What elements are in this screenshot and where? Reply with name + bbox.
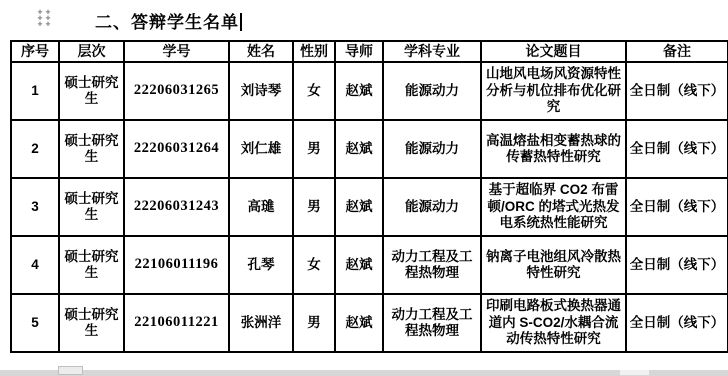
header-cell-major[interactable]: 学科专业 (383, 41, 481, 62)
cell-gender[interactable]: 男 (293, 178, 335, 236)
header-cell-index[interactable]: 序号 (11, 41, 59, 62)
cell-advisor[interactable]: 赵斌 (335, 236, 383, 294)
cell-major[interactable]: 能源动力 (383, 62, 481, 120)
cell-index[interactable]: 2 (11, 120, 59, 178)
cell-thesis-title[interactable]: 高温熔盐相变蓄热球的传蓄热特性研究 (481, 120, 626, 178)
cell-remark[interactable]: 全日制（线下） (626, 236, 728, 294)
table-row: 4 硕士研究生 22106011196 孔琴 女 赵斌 动力工程及工程热物理 钠… (11, 236, 728, 294)
drag-dot: ✚ (36, 22, 44, 28)
cell-name[interactable]: 孔琴 (229, 236, 293, 294)
cell-remark[interactable]: 全日制（线下） (626, 178, 728, 236)
cell-remark[interactable]: 全日制（线下） (626, 294, 728, 352)
cell-advisor[interactable]: 赵斌 (335, 120, 383, 178)
section-title-text: 二、答辩学生名单 (95, 13, 239, 32)
cell-level[interactable]: 硕士研究生 (59, 294, 124, 352)
header-cell-name[interactable]: 姓名 (229, 41, 293, 62)
cell-student-id[interactable]: 22206031265 (124, 62, 229, 120)
defense-students-table: 序号 层次 学号 姓名 性别 导师 学科专业 论文题目 备注 1 硕士研究生 2… (10, 40, 728, 353)
header-cell-level[interactable]: 层次 (59, 41, 124, 62)
cell-gender[interactable]: 女 (293, 62, 335, 120)
text-cursor (240, 13, 242, 31)
drag-dot: ✚ (44, 22, 52, 28)
title-row: ✚✚ ✚✚ ✚✚ 二、答辩学生名单 (0, 6, 728, 36)
cell-thesis-title[interactable]: 印刷电路板式换热器通道内 S-CO2/水耦合流动传热特性研究 (481, 294, 626, 352)
document-page: ✚✚ ✚✚ ✚✚ 二、答辩学生名单 序号 层次 学号 姓名 性别 导师 学科专业… (0, 0, 728, 376)
cell-gender[interactable]: 女 (293, 236, 335, 294)
cell-thesis-title[interactable]: 钠离子电池组风冷散热特性研究 (481, 236, 626, 294)
drag-handle-icon[interactable]: ✚✚ ✚✚ ✚✚ (36, 10, 52, 28)
cell-index[interactable]: 3 (11, 178, 59, 236)
cell-thesis-title[interactable]: 基于超临界 CO2 布雷顿/ORC 的塔式光热发电系统热性能研究 (481, 178, 626, 236)
table-row: 5 硕士研究生 22106011221 张洲洋 男 赵斌 动力工程及工程热物理 … (11, 294, 728, 352)
header-cell-advisor[interactable]: 导师 (335, 41, 383, 62)
cell-gender[interactable]: 男 (293, 294, 335, 352)
cell-index[interactable]: 5 (11, 294, 59, 352)
cell-remark[interactable]: 全日制（线下） (626, 62, 728, 120)
cell-name[interactable]: 张洲洋 (229, 294, 293, 352)
section-title[interactable]: 二、答辩学生名单 (95, 8, 242, 33)
cell-thesis-title[interactable]: 山地风电场风资源特性分析与机位排布优化研究 (481, 62, 626, 120)
table-row: 2 硕士研究生 22206031264 刘仁雄 男 赵斌 能源动力 高温熔盐相变… (11, 120, 728, 178)
cell-major[interactable]: 能源动力 (383, 178, 481, 236)
cell-advisor[interactable]: 赵斌 (335, 294, 383, 352)
cell-name[interactable]: 高璡 (229, 178, 293, 236)
header-cell-gender[interactable]: 性别 (293, 41, 335, 62)
cell-level[interactable]: 硕士研究生 (59, 178, 124, 236)
table-row: 3 硕士研究生 22206031243 高璡 男 赵斌 能源动力 基于超临界 C… (11, 178, 728, 236)
horizontal-scrollbar-thumb[interactable] (620, 370, 649, 375)
cell-student-id[interactable]: 22106011196 (124, 236, 229, 294)
page-edge-strip (0, 370, 728, 376)
cell-name[interactable]: 刘诗琴 (229, 62, 293, 120)
header-cell-student-id[interactable]: 学号 (124, 41, 229, 62)
cell-major[interactable]: 动力工程及工程热物理 (383, 236, 481, 294)
cell-name[interactable]: 刘仁雄 (229, 120, 293, 178)
header-cell-thesis-title[interactable]: 论文题目 (481, 41, 626, 62)
page-edge-tab (58, 366, 83, 375)
cell-level[interactable]: 硕士研究生 (59, 236, 124, 294)
cell-major[interactable]: 动力工程及工程热物理 (383, 294, 481, 352)
cell-student-id[interactable]: 22206031243 (124, 178, 229, 236)
table-row: 1 硕士研究生 22206031265 刘诗琴 女 赵斌 能源动力 山地风电场风… (11, 62, 728, 120)
cell-student-id[interactable]: 22106011221 (124, 294, 229, 352)
cell-level[interactable]: 硕士研究生 (59, 62, 124, 120)
cell-index[interactable]: 4 (11, 236, 59, 294)
cell-index[interactable]: 1 (11, 62, 59, 120)
cell-gender[interactable]: 男 (293, 120, 335, 178)
cell-major[interactable]: 能源动力 (383, 120, 481, 178)
header-cell-remark[interactable]: 备注 (626, 41, 728, 62)
cell-level[interactable]: 硕士研究生 (59, 120, 124, 178)
cell-advisor[interactable]: 赵斌 (335, 178, 383, 236)
cell-student-id[interactable]: 22206031264 (124, 120, 229, 178)
cell-advisor[interactable]: 赵斌 (335, 62, 383, 120)
table-header-row: 序号 层次 学号 姓名 性别 导师 学科专业 论文题目 备注 (11, 41, 728, 62)
cell-remark[interactable]: 全日制（线下） (626, 120, 728, 178)
